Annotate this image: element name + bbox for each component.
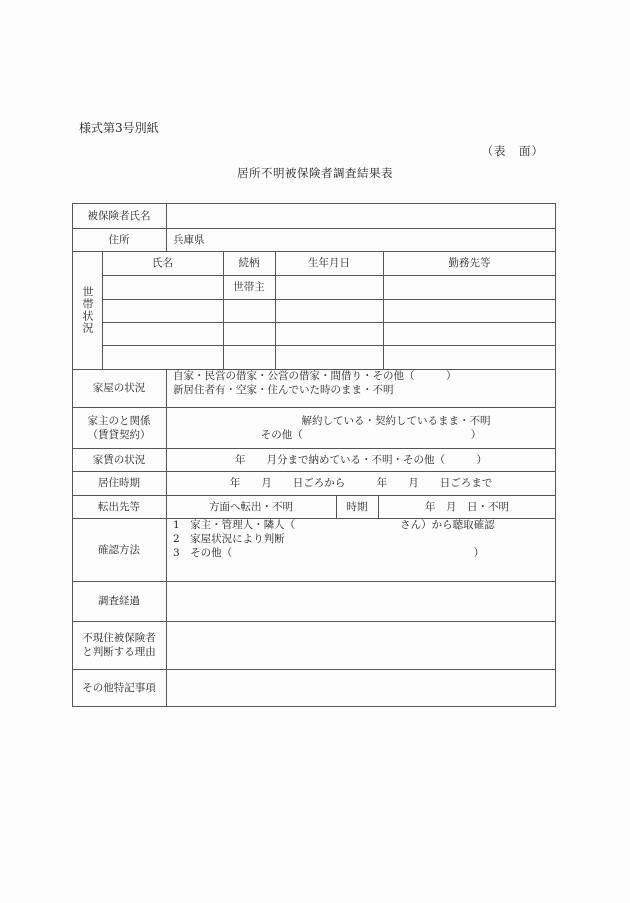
confirmation-method-label: 確認方法: [72, 518, 166, 581]
form-id: 様式第3号別紙: [79, 119, 159, 136]
household-row-3-workplace[interactable]: [383, 322, 556, 345]
household-label-text: 世帯状況: [80, 286, 94, 334]
household-col-name: 氏名: [102, 251, 223, 275]
confirmation-option-2: 2 家屋状況により判断: [173, 532, 285, 546]
address-label: 住所: [72, 228, 166, 251]
moved-timing-field[interactable]: 年 月 日・不明: [378, 495, 556, 518]
insured-name-field[interactable]: [166, 203, 556, 228]
moved-to-field[interactable]: 方面へ転出・不明: [166, 495, 336, 518]
house-status-label: 家屋の状況: [72, 369, 166, 407]
landlord-relation-options[interactable]: 解約している・契約しているまま・不明 その他（ ）: [166, 407, 556, 448]
landlord-relation-line-1: 解約している・契約しているまま・不明: [302, 414, 491, 428]
rent-status-label: 家賃の状況: [72, 448, 166, 471]
household-row-4-relation[interactable]: [223, 345, 275, 369]
house-status-line-1: 自家・民営の借家・公営の借家・間借り・その他（ ）: [173, 369, 457, 383]
confirmation-option-1: 1 家主・管理人・隣人（ さん）から聴取確認: [173, 518, 495, 532]
household-row-1-name[interactable]: [102, 275, 223, 299]
moved-to-label: 転出先等: [72, 495, 166, 518]
household-row-2-relation[interactable]: [223, 299, 275, 322]
house-status-options[interactable]: 自家・民営の借家・公営の借家・間借り・その他（ ） 新居住者有・空家・住んでいた…: [166, 369, 556, 407]
household-col-relation: 続柄: [223, 251, 275, 275]
household-row-4-birthdate[interactable]: [275, 345, 383, 369]
survey-table: 被保険者氏名 住所 兵庫県 世帯状況 氏名 続柄 生年月日 勤務先等 世帯主 家…: [72, 203, 556, 707]
rent-status-field[interactable]: 年 月分まで納めている・不明・その他（ ）: [166, 448, 556, 471]
landlord-relation-label: 家主のと関係 （賃貸契約）: [72, 407, 166, 448]
insured-name-label: 被保険者氏名: [72, 203, 166, 228]
household-row-3-birthdate[interactable]: [275, 322, 383, 345]
household-col-workplace: 勤務先等: [383, 251, 556, 275]
investigation-progress-label: 調査経過: [72, 581, 166, 621]
landlord-relation-label-1: 家主のと関係: [88, 414, 151, 428]
non-residence-reason-label: 不現住被保険者 と判断する理由: [72, 621, 166, 669]
other-notes-field[interactable]: [166, 669, 556, 706]
household-row-2-birthdate[interactable]: [275, 299, 383, 322]
household-row-4-workplace[interactable]: [383, 345, 556, 369]
household-row-2-name[interactable]: [102, 299, 223, 322]
household-row-4-name[interactable]: [102, 345, 223, 369]
confirmation-method-options[interactable]: 1 家主・管理人・隣人（ さん）から聴取確認 2 家屋状況により判断 3 その他…: [166, 518, 556, 581]
household-row-1-relation[interactable]: 世帯主: [223, 275, 275, 299]
page-title: 居所不明被保険者調査結果表: [0, 165, 630, 181]
moved-timing-label: 時期: [336, 495, 378, 518]
household-row-1-birthdate[interactable]: [275, 275, 383, 299]
confirmation-option-3: 3 その他（ ）: [173, 546, 484, 560]
household-row-1-workplace[interactable]: [383, 275, 556, 299]
investigation-progress-field[interactable]: [166, 581, 556, 621]
border-bottom: [72, 706, 556, 707]
house-status-line-2: 新居住者有・空家・住んでいた時のまま・不明: [173, 383, 394, 397]
other-notes-label: その他特記事項: [72, 669, 166, 706]
household-row-2-workplace[interactable]: [383, 299, 556, 322]
landlord-relation-label-2: （賃貸契約）: [88, 428, 151, 442]
household-row-3-relation[interactable]: [223, 322, 275, 345]
address-field[interactable]: 兵庫県: [166, 228, 556, 251]
non-residence-reason-label-1: 不現住被保険者: [82, 631, 156, 645]
household-row-3-name[interactable]: [102, 322, 223, 345]
side-label: （表 面）: [482, 143, 545, 159]
residence-period-label: 居住時期: [72, 471, 166, 495]
household-label: 世帯状況: [72, 251, 102, 369]
residence-period-field[interactable]: 年 月 日ごろから 年 月 日ごろまで: [166, 471, 556, 495]
household-col-birthdate: 生年月日: [275, 251, 383, 275]
landlord-relation-line-2: その他（ ）: [261, 428, 482, 442]
non-residence-reason-field[interactable]: [166, 621, 556, 669]
non-residence-reason-label-2: と判断する理由: [82, 645, 156, 659]
